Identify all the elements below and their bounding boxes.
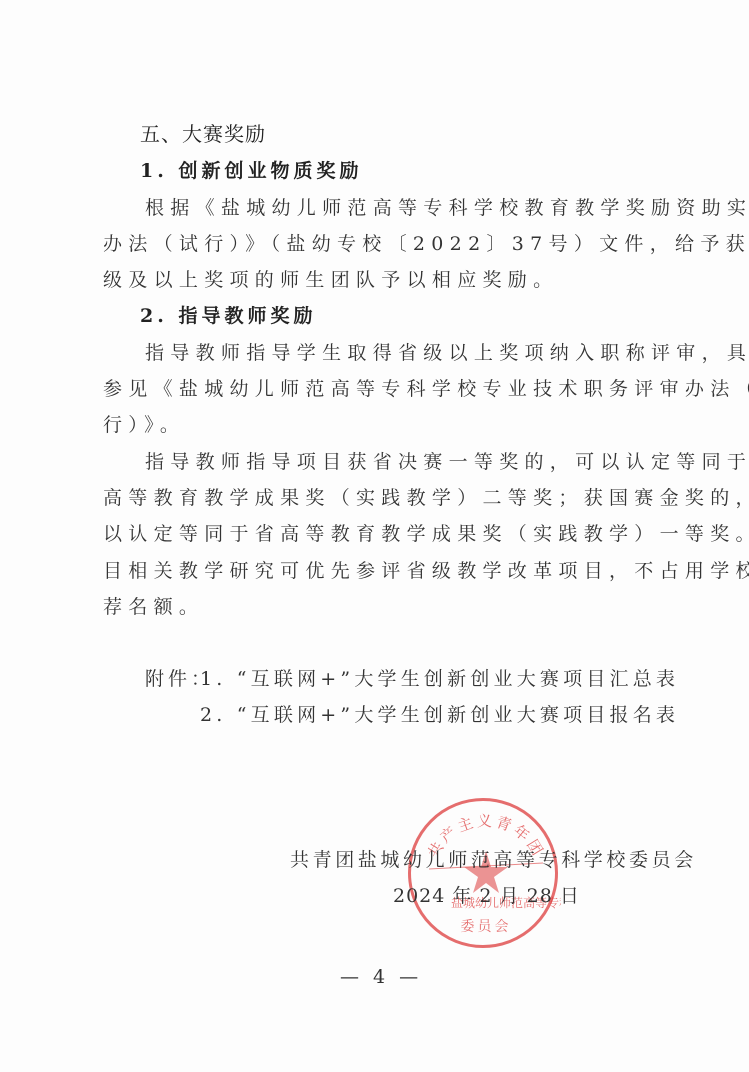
- paragraph-line: 行）》。: [103, 413, 185, 437]
- paragraph-line: 荐名额。: [103, 595, 204, 619]
- paragraph-line: 高等教育教学成果奖（实践教学）二等奖；获国赛金奖的，可: [103, 486, 749, 510]
- signature-organization: 共青团盐城幼儿师范高等专科学校委员会: [290, 848, 697, 872]
- paragraph-line: 目相关教学研究可优先参评省级教学改革项目，不占用学校推: [103, 559, 749, 583]
- paragraph-line: 级及以上奖项的师生团队予以相应奖励。: [103, 268, 558, 292]
- page-number: — 4 —: [340, 965, 422, 989]
- section-title: 五、大赛奖励: [140, 122, 266, 146]
- paragraph-line: 办法（试行）》（盐幼专校〔2022〕37号）文件，给予获得省: [103, 232, 749, 256]
- paragraph-line: 参见《盐城幼儿师范高等专科学校专业技术职务评审办法（试: [103, 377, 749, 401]
- paragraph-line: 指导教师指导项目获省决赛一等奖的，可以认定等同于省: [145, 450, 749, 474]
- signature-date: 2024 年 2 月 28 日: [393, 884, 580, 908]
- paragraph-line: 根据《盐城幼儿师范高等专科学校教育教学奖励资助实施: [145, 196, 749, 220]
- paragraph-line: 以认定等同于省高等教育教学成果奖（实践教学）一等奖。项: [103, 522, 749, 546]
- document-page: 五、大赛奖励 1. 创新创业物质奖励 根据《盐城幼儿师范高等专科学校教育教学奖励…: [0, 0, 749, 1072]
- paragraph-line: 指导教师指导学生取得省级以上奖项纳入职称评审，具体: [145, 341, 749, 365]
- seal-icon: 共产主义青年团 盐城幼儿师范高等专科学校 委员会: [411, 801, 561, 951]
- subsection-1-title: 1. 创新创业物质奖励: [140, 159, 362, 183]
- subsection-2-title: 2. 指导教师奖励: [140, 304, 316, 328]
- attachment-item: 2. “互联网+”大学生创新创业大赛项目报名表: [200, 703, 679, 727]
- stamp-center-text: 委员会: [461, 919, 512, 935]
- attachment-item: 1. “互联网+”大学生创新创业大赛项目汇总表: [200, 667, 679, 691]
- official-seal-stamp: 共产主义青年团 盐城幼儿师范高等专科学校 委员会: [408, 798, 558, 948]
